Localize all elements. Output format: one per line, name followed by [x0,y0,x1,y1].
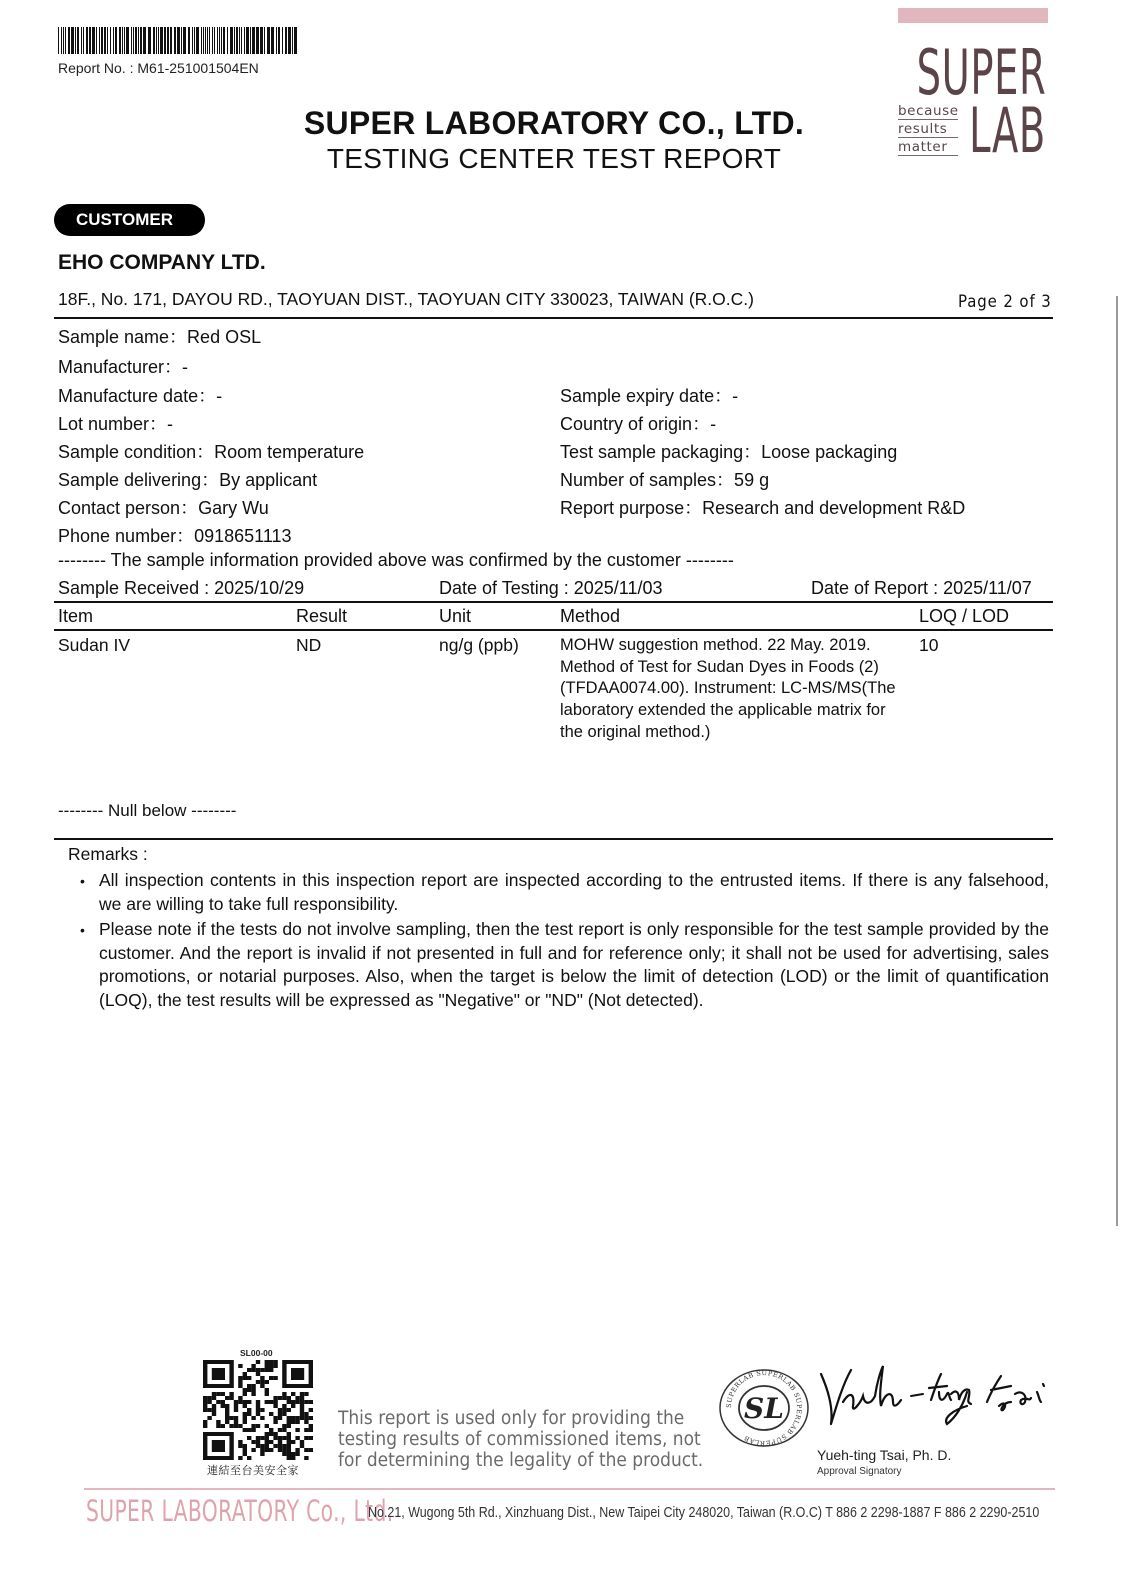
sample-field: Sample delivering：By applicant [58,466,317,492]
cell-method: MOHW suggestion method. 22 May. 2019. Me… [560,635,910,744]
company-address: 18F., No. 171, DAYOU RD., TAOYUAN DIST.,… [58,289,754,310]
company-name: EHO COMPANY LTD. [58,251,266,275]
sample-field: Sample name：Red OSL [58,323,261,349]
sample-field: Number of samples：59 g [560,466,769,492]
signatory-name: Yueh-ting Tsai, Ph. D. [817,1447,951,1463]
footer-rule [84,1488,1055,1490]
cell-item: Sudan IV [58,635,130,656]
sample-field: Test sample packaging：Loose packaging [560,438,897,464]
barcode [58,27,298,54]
null-below-note: -------- Null below -------- [58,801,236,821]
remarks-title: Remarks : [68,844,148,865]
report-subtitle: TESTING CENTER TEST REPORT [0,143,1108,175]
report-date: Date of Report : 2025/11/07 [811,578,1032,599]
column-header-loq-lod: LOQ / LOD [919,606,1009,627]
column-header-item: Item [58,606,93,627]
remark-item: All inspection contents in this inspecti… [99,869,1049,916]
sample-field: Manufacture date：- [58,382,222,408]
remark-item: Please note if the tests do not involve … [99,918,1049,1012]
footer-address: No.21, Wugong 5th Rd., Xinzhuang Dist., … [368,1505,1039,1521]
signatory-role: Approval Signatory [817,1466,902,1477]
disclaimer-line: testing results of commissioned items, n… [338,1429,703,1450]
testing-date: Date of Testing : 2025/11/03 [439,578,663,599]
table-top-rule [54,601,1053,603]
divider-line [54,317,1053,319]
lab-seal-stamp: SUPERLAB SUPERLAB SUPERLAB SUPERLAB SL [716,1367,812,1449]
signature [815,1362,1060,1442]
disclaimer-line: for determining the legality of the prod… [338,1450,703,1471]
sample-field: Country of origin：- [560,410,716,436]
sample-field: Sample condition：Room temperature [58,438,364,464]
column-header-unit: Unit [439,606,471,627]
sample-field: Phone number：0918651113 [58,522,292,548]
lab-title: SUPER LABORATORY CO., LTD. [0,105,1108,142]
table-header-rule [54,629,1053,631]
sample-field: Lot number：- [58,410,173,436]
sample-field: Manufacturer：- [58,353,188,379]
cell-result: ND [296,635,321,656]
sample-field: Contact person：Gary Wu [58,494,269,520]
page-indicator: Page 2 of 3 [958,292,1052,312]
disclaimer-line: This report is used only for providing t… [338,1408,703,1429]
customer-badge: CUSTOMER [54,204,205,236]
report-number: Report No. : M61-251001504EN [58,60,259,76]
remarks-top-rule [54,838,1053,840]
bullet-icon: • [80,922,85,938]
sample-received-date: Sample Received : 2025/10/29 [58,578,304,599]
column-header-result: Result [296,606,347,627]
cell-unit: ng/g (ppb) [439,635,519,656]
sample-field: Report purpose：Research and development … [560,494,965,520]
footer-disclaimer: This report is used only for providing t… [338,1408,703,1471]
qr-code-icon[interactable] [203,1360,313,1460]
cell-loq-lod: 10 [919,635,938,656]
qr-caption: 連結至台美安全家 [207,1462,299,1478]
column-header-method: Method [560,606,620,627]
page-edge-line [1116,296,1118,1226]
logo-accent-bar [898,8,1048,23]
confirmation-note: -------- The sample information provided… [58,550,734,571]
sample-field: Sample expiry date：- [560,382,738,408]
qr-code-label: SL00-00 [240,1348,273,1358]
svg-text:SL: SL [744,1392,784,1425]
footer-company-name: SUPER LABORATORY Co., Ltd. [86,1494,394,1528]
bullet-icon: • [80,873,85,889]
